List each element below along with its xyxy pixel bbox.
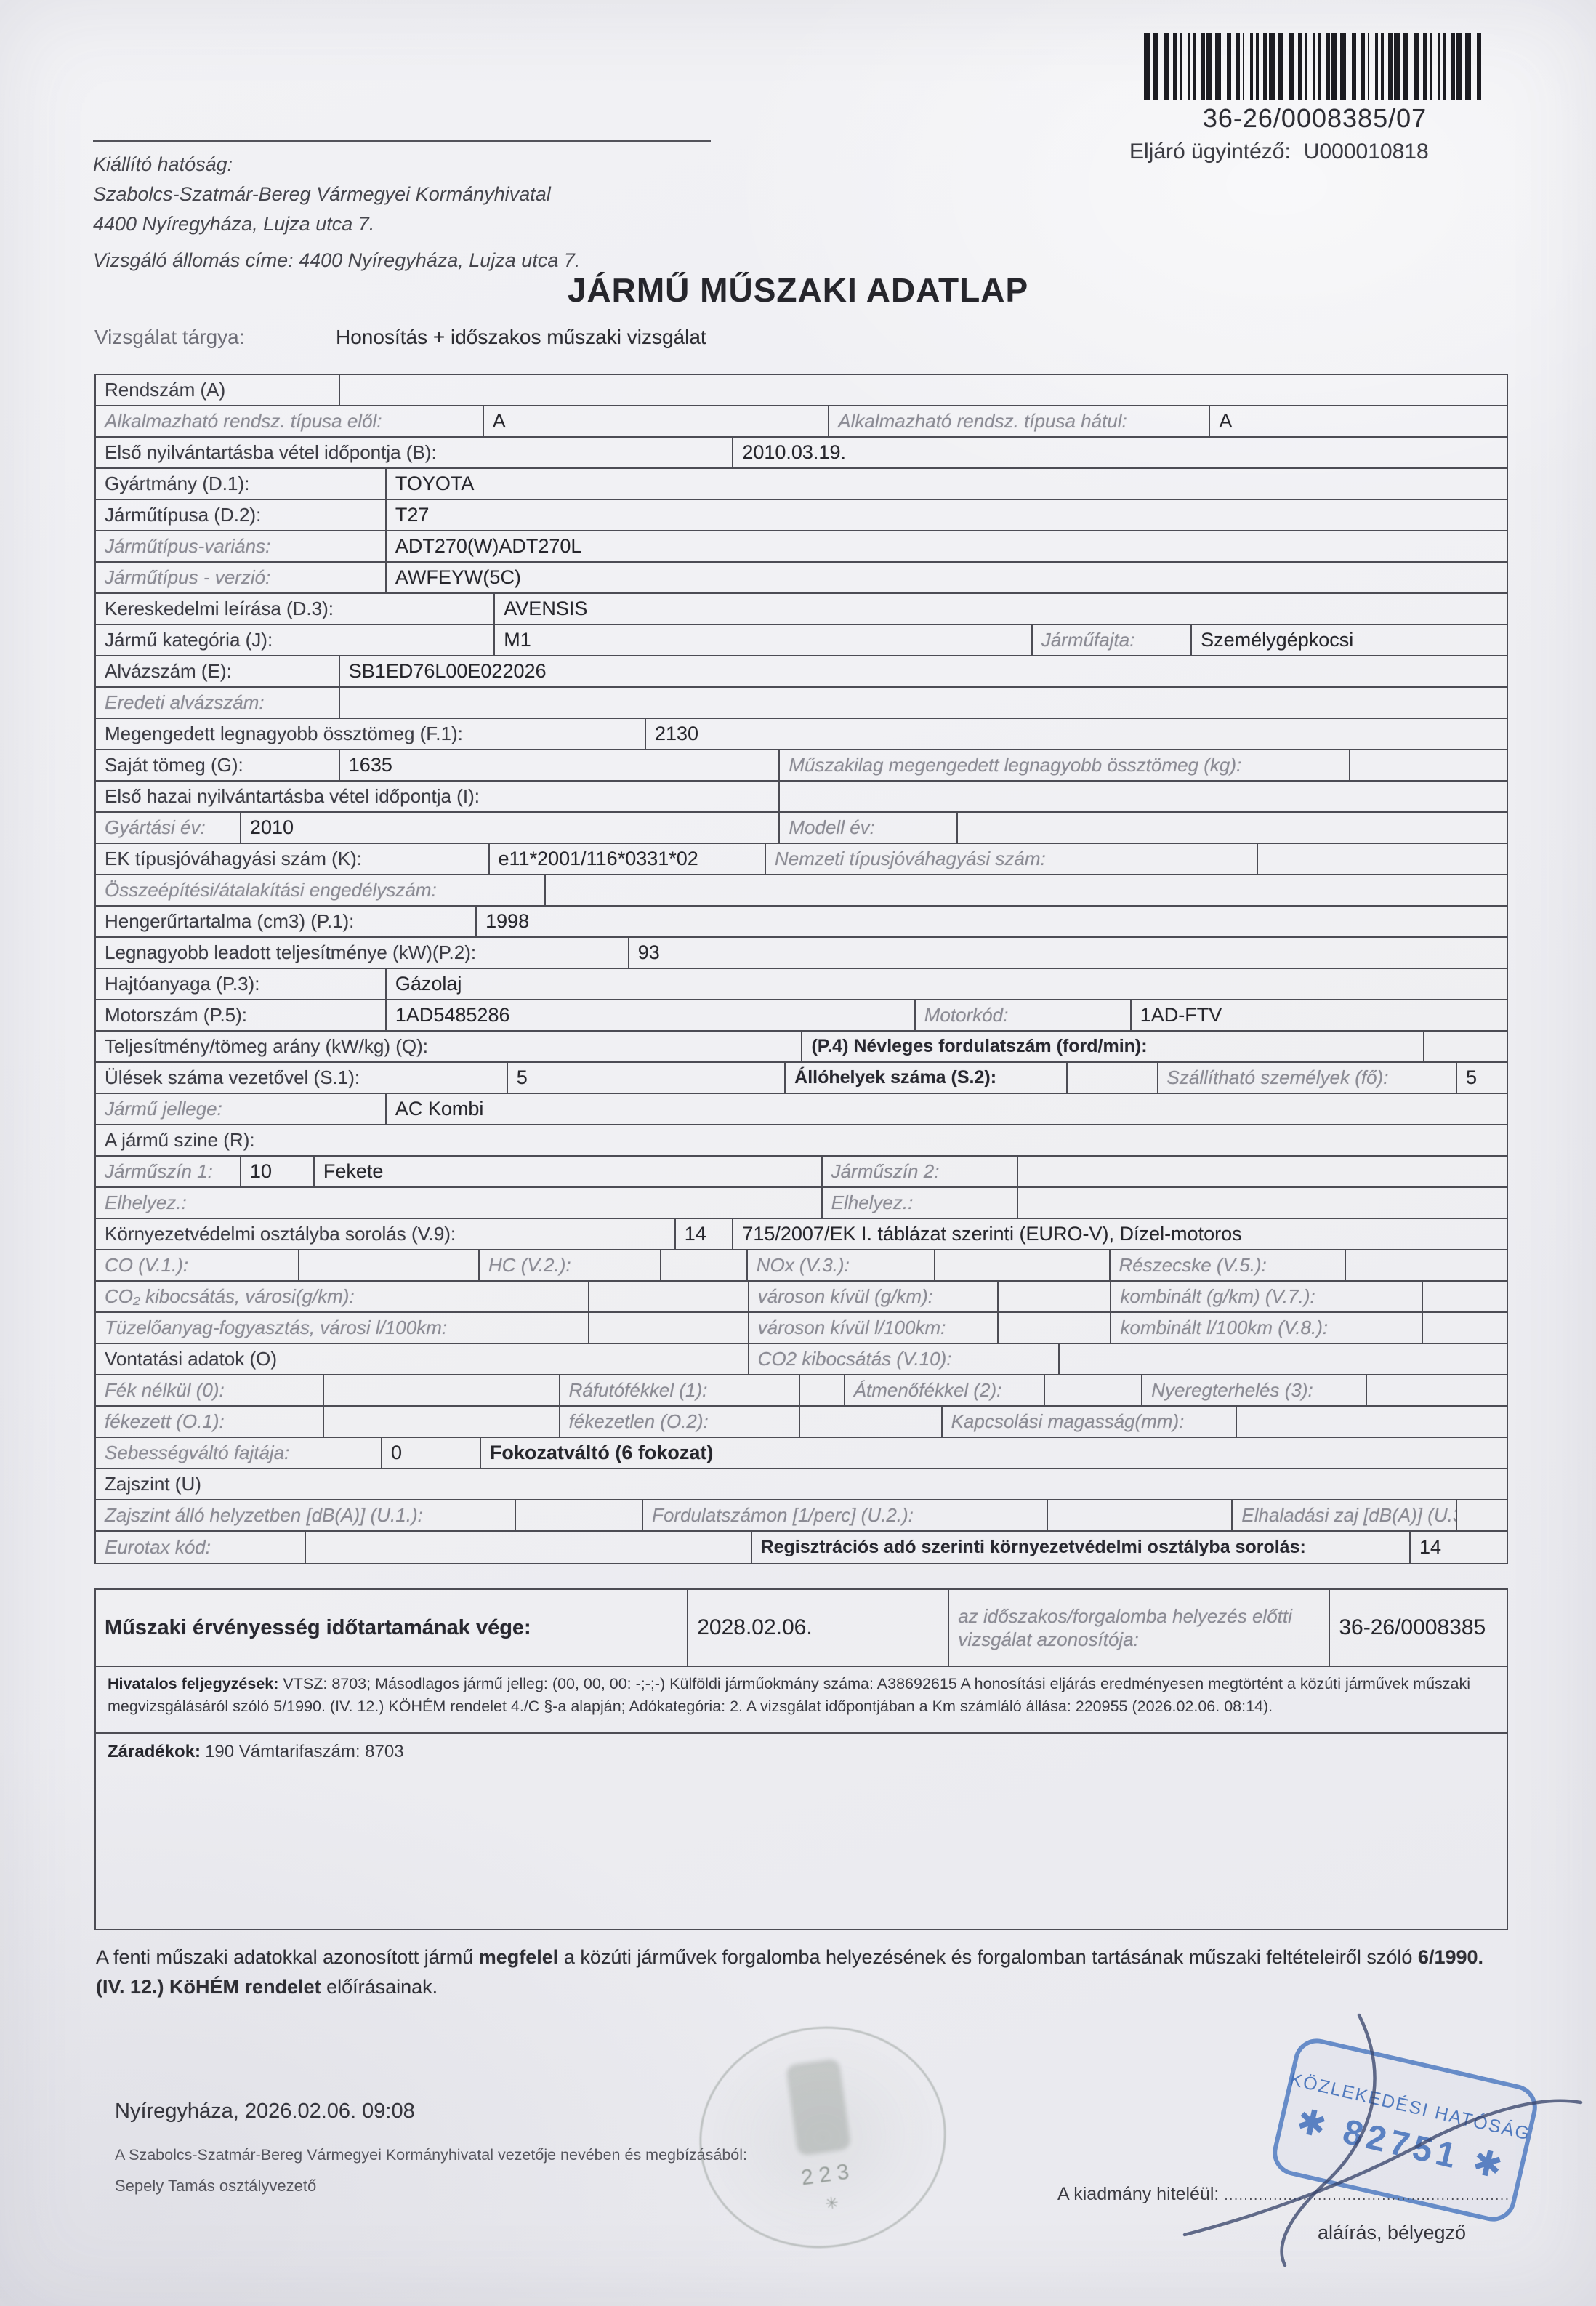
field-label: Műszakilag megengedett legnagyobb össztö… [780, 750, 1350, 780]
table-row: Sebességváltó fajtája:0Fokozatváltó (6 f… [96, 1438, 1507, 1469]
field-label: NOx (V.3.): [748, 1250, 935, 1280]
issuer-label: Kiállító hatóság: [93, 150, 711, 180]
field-label: Részecske (V.5.): [1111, 1250, 1346, 1280]
field-value: 2010 [241, 813, 780, 843]
field-label: Alvázszám (E): [96, 656, 340, 686]
table-row: Zajszint (U) [96, 1469, 1507, 1500]
field-value: 2130 [646, 719, 1507, 749]
field-label: Szállítható személyek (fő): [1158, 1063, 1457, 1093]
field-label: Nyeregterhelés (3): [1142, 1375, 1367, 1405]
field-label: HC (V.2.): [480, 1250, 661, 1280]
field-label: Járműtípusa (D.2): [96, 500, 387, 530]
field-label: Járműtípus-variáns: [96, 531, 387, 561]
field-label: Összeépítési/átalakítási engedélyszám: [96, 875, 546, 905]
field-value: 10 [241, 1157, 315, 1186]
statement-segment: A fenti műszaki adatokkal azonosított já… [96, 1946, 479, 1968]
barcode-gap [1369, 33, 1375, 100]
field-value [958, 813, 1507, 843]
barcode-gap [1283, 33, 1289, 100]
field-label: fékezetlen (O.2): [560, 1407, 800, 1437]
barcode-bar [1153, 33, 1158, 100]
field-label: Gyártmány (D.1): [96, 469, 387, 499]
field-value: TOYOTA [387, 469, 1507, 499]
field-label: Kapcsolási magasság(mm): [943, 1407, 1238, 1437]
field-label: kombinált (g/km) (V.7.): [1111, 1282, 1423, 1311]
field-label: Vontatási adatok (O) [96, 1344, 749, 1374]
field-label: CO2 kibocsátás (V.10): [749, 1344, 1060, 1374]
field-label: kombinált l/100km (V.8.): [1111, 1313, 1423, 1343]
table-row: Gyártmány (D.1):TOYOTA [96, 469, 1507, 500]
table-row: Környezetvédelmi osztályba sorolás (V.9)… [96, 1219, 1507, 1250]
barcode-block: 36-26/0008385/07 Eljáró ügyintéző:U00001… [1125, 33, 1504, 164]
field-label: A jármű szine (R): [96, 1125, 1507, 1155]
field-label: Elhaladási zaj [dB(A)] (U.3.): [1233, 1500, 1457, 1530]
field-value [999, 1313, 1111, 1343]
field-value: 2010.03.19. [733, 438, 1507, 467]
field-value [1423, 1313, 1507, 1343]
field-value [340, 688, 1507, 718]
barcode-bar [1144, 33, 1150, 100]
table-row: CO (V.1.):HC (V.2.):NOx (V.3.):Részecske… [96, 1250, 1507, 1282]
field-label: fékezett (O.1): [96, 1407, 324, 1437]
barcode-gap [1408, 33, 1414, 100]
field-value: 0 [382, 1438, 481, 1468]
field-value: M1 [495, 625, 1033, 655]
field-value [306, 1532, 751, 1563]
field-value: Személygépkocsi [1192, 625, 1507, 655]
table-row: Első nyilvántartásba vétel időpontja (B)… [96, 438, 1507, 469]
table-row: Megengedett legnagyobb össztömeg (F.1):2… [96, 719, 1507, 750]
field-value: ADT270(W)ADT270L [387, 531, 1507, 561]
table-row: Eredeti alvázszám: [96, 688, 1507, 719]
field-label: Ülések száma vezetővel (S.1): [96, 1063, 508, 1093]
field-label: Alkalmazható rendsz. típusa elől: [96, 406, 484, 436]
field-label: Hajtóanyaga (P.3): [96, 969, 387, 999]
field-label: az időszakos/forgalomba helyezés előtti … [949, 1590, 1330, 1666]
table-row: Legnagyobb leadott teljesítménye (kW)(P.… [96, 938, 1507, 969]
field-label: Környezetvédelmi osztályba sorolás (V.9)… [96, 1219, 676, 1249]
barcode-bar [1215, 33, 1221, 100]
field-value: 14 [676, 1219, 734, 1249]
field-label: Műszaki érvényesség időtartamának vége: [96, 1590, 688, 1666]
field-value: 93 [629, 938, 1507, 968]
field-value [1018, 1157, 1507, 1186]
field-label: Gyártási év: [96, 813, 241, 843]
table-row: Ülések száma vezetővel (S.1):5Állóhelyek… [96, 1063, 1507, 1094]
place-date: Nyíregyháza, 2026.02.06. 09:08 [115, 2100, 415, 2124]
field-value [1350, 750, 1507, 780]
table-row: fékezett (O.1):fékezetlen (O.2):Kapcsolá… [96, 1407, 1507, 1438]
table-row: EK típusjóváhagyási szám (K):e11*2001/11… [96, 844, 1507, 875]
field-value: AC Kombi [387, 1094, 1507, 1124]
table-row: Járműszín 1:10FeketeJárműszín 2: [96, 1157, 1507, 1188]
field-label: Elhelyez.: [96, 1188, 823, 1218]
field-label: Alkalmazható rendsz. típusa hátul: [829, 406, 1210, 436]
field-value: A [1210, 406, 1507, 436]
table-row: Járműtípus-variáns:ADT270(W)ADT270L [96, 531, 1507, 563]
field-value: 5 [1457, 1063, 1507, 1093]
barcode-gap [1221, 33, 1227, 100]
field-label: CO (V.1.): [96, 1250, 299, 1280]
table-row: Hajtóanyaga (P.3):Gázolaj [96, 969, 1507, 1000]
field-value: T27 [387, 500, 1507, 530]
field-label: Jármű kategória (J): [96, 625, 495, 655]
field-value [661, 1250, 747, 1280]
compliance-statement: A fenti műszaki adatokkal azonosított já… [96, 1943, 1502, 2001]
barcode-number: 36-26/0008385/07 [1125, 103, 1504, 134]
table-row: Teljesítmény/tömeg arány (kW/kg) (Q):(P.… [96, 1032, 1507, 1063]
table-row: Jármű jellege:AC Kombi [96, 1094, 1507, 1125]
table-row: Első hazai nyilvántartásba vétel időpont… [96, 782, 1507, 813]
clauses-text: 190 Vámtarifaszám: 8703 [205, 1742, 403, 1761]
field-label: Hengerűrtartalma (cm3) (P.1): [96, 907, 477, 936]
statement-segment: a közúti járművek forgalomba helyezéséne… [558, 1946, 1418, 1968]
seal-star-icon: ✳ [824, 2193, 840, 2214]
signature-scribble [1141, 1993, 1592, 2284]
field-label: Eurotax kód: [96, 1532, 306, 1563]
table-row: Járműtípus - verzió:AWFEYW(5C) [96, 563, 1507, 594]
field-value: 1AD5485286 [387, 1000, 916, 1030]
field-value [1237, 1407, 1507, 1437]
field-value [1346, 1250, 1507, 1280]
field-label: városon kívül l/100km: [749, 1313, 999, 1343]
table-row: Fék nélkül (0):Ráfutófékkel (1):Átmenőfé… [96, 1375, 1507, 1407]
clauses-box: Záradékok:190 Vámtarifaszám: 8703 [94, 1732, 1508, 1930]
field-value [1367, 1375, 1507, 1405]
field-value [1060, 1344, 1507, 1374]
field-label: Zajszint (U) [96, 1469, 1507, 1499]
field-label: Elhelyez.: [823, 1188, 1019, 1218]
table-row: Tüzelőanyag-fogyasztás, városi l/100km:v… [96, 1313, 1507, 1344]
statement-bold-segment: megfelel [479, 1946, 559, 1968]
field-value [935, 1250, 1111, 1280]
table-row: CO₂ kibocsátás, városi(g/km):városon kív… [96, 1282, 1507, 1313]
field-value [800, 1375, 845, 1405]
table-row: Kereskedelmi leírása (D.3):AVENSIS [96, 594, 1507, 625]
field-value [1068, 1063, 1158, 1093]
clauses-label: Záradékok: [108, 1742, 201, 1761]
issuer-block: Kiállító hatóság: Szabolcs-Szatmár-Bereg… [93, 140, 711, 276]
field-value [589, 1282, 749, 1311]
field-value: Fokozatváltó (6 fokozat) [481, 1438, 1507, 1468]
coat-of-arms-icon [786, 2058, 852, 2156]
official-notes-text: VTSZ: 8703; Másodlagos jármű jelleg: (00… [108, 1675, 1470, 1715]
field-value [299, 1250, 480, 1280]
table-row: Alvázszám (E):SB1ED76L00E022026 [96, 656, 1507, 688]
field-label: Fordulatszámon [1/perc] (U.2.): [643, 1500, 1048, 1530]
field-label: városon kívül (g/km): [749, 1282, 999, 1311]
statement-segment: előírásainak. [321, 1976, 438, 1998]
barcode-bar [1394, 33, 1400, 100]
table-row: Eurotax kód:Regisztrációs adó szerinti k… [96, 1532, 1507, 1563]
field-label: Motorszám (P.5): [96, 1000, 387, 1030]
field-label: Saját tömeg (G): [96, 750, 340, 780]
field-label: Tüzelőanyag-fogyasztás, városi l/100km: [96, 1313, 589, 1343]
subject-label: Vizsgálat tárgya: [94, 326, 336, 349]
field-value: 1AD-FTV [1132, 1000, 1507, 1030]
barcode-gap [1346, 33, 1352, 100]
field-label: Sebességváltó fajtája: [96, 1438, 382, 1468]
field-value: 1998 [477, 907, 1507, 936]
field-value [1045, 1375, 1142, 1405]
vehicle-data-table: Rendszám (A)Alkalmazható rendsz. típusa … [94, 374, 1508, 1564]
barcode-gap [1471, 33, 1477, 100]
table-row: Járműtípusa (D.2):T27 [96, 500, 1507, 531]
table-row: Hengerűrtartalma (cm3) (P.1):1998 [96, 907, 1507, 938]
field-value [1018, 1188, 1507, 1218]
official-notes-label: Hivatalos feljegyzések: [108, 1675, 278, 1692]
seal-number: 223 [799, 2159, 856, 2191]
field-label: Járműtípus - verzió: [96, 563, 387, 592]
table-row: Gyártási év:2010Modell év: [96, 813, 1507, 844]
field-label: Járműfajta: [1033, 625, 1192, 655]
field-value [340, 375, 1507, 405]
barcode-bar [1206, 33, 1212, 100]
field-label: Állóhelyek száma (S.2): [786, 1063, 1068, 1093]
table-row: A jármű szine (R): [96, 1125, 1507, 1157]
table-row: Jármű kategória (J):M1Járműfajta:Személy… [96, 625, 1507, 656]
table-row: Zajszint álló helyzetben [dB(A)] (U.1.):… [96, 1500, 1507, 1532]
field-value: 36-26/0008385 [1330, 1590, 1507, 1666]
official-notes-box: Hivatalos feljegyzések:VTSZ: 8703; Másod… [94, 1666, 1508, 1734]
field-label: Nemzeti típusjóváhagyási szám: [766, 844, 1258, 874]
field-label: Fék nélkül (0): [96, 1375, 324, 1405]
field-value: e11*2001/116*0331*02 [490, 844, 766, 874]
authority-delegation-line: A Szabolcs-Szatmár-Bereg Vármegyei Kormá… [115, 2146, 747, 2164]
field-label: Eredeti alvázszám: [96, 688, 340, 718]
field-value: SB1ED76L00E022026 [340, 656, 1507, 686]
table-row: Vontatási adatok (O)CO2 kibocsátás (V.10… [96, 1344, 1507, 1375]
field-value: 5 [508, 1063, 786, 1093]
field-value: Fekete [315, 1157, 823, 1186]
field-value [800, 1407, 943, 1437]
field-value [780, 782, 1507, 811]
table-row: Motorszám (P.5):1AD5485286Motorkód:1AD-F… [96, 1000, 1507, 1032]
barcode-bar [1403, 33, 1408, 100]
table-row: Műszaki érvényesség időtartamának vége:2… [96, 1590, 1507, 1666]
signer-name-line: Sepely Tamás osztályvezető [115, 2177, 316, 2195]
field-value [516, 1500, 643, 1530]
field-value [1424, 1032, 1507, 1061]
table-row: Rendszám (A) [96, 375, 1507, 406]
field-value [1258, 844, 1507, 874]
table-row: Alkalmazható rendsz. típusa elől:AAlkalm… [96, 406, 1507, 438]
field-label: Regisztrációs adó szerinti környezetvéde… [752, 1532, 1411, 1563]
field-value [324, 1407, 560, 1437]
field-value: AWFEYW(5C) [387, 563, 1507, 592]
field-label: Járműszín 1: [96, 1157, 241, 1186]
field-value: 1635 [340, 750, 781, 780]
field-label: Zajszint álló helyzetben [dB(A)] (U.1.): [96, 1500, 516, 1530]
barcode-bar [1331, 33, 1337, 100]
field-label: Legnagyobb leadott teljesítménye (kW)(P.… [96, 938, 629, 968]
barcode-gap [1307, 33, 1313, 100]
field-value: 715/2007/EK I. táblázat szerinti (EURO-V… [733, 1219, 1507, 1249]
subject-line: Vizsgálat tárgya:Honosítás + időszakos m… [94, 326, 706, 349]
field-value: Gázolaj [387, 969, 1507, 999]
field-value [589, 1313, 749, 1343]
field-label: Első nyilvántartásba vétel időpontja (B)… [96, 438, 733, 467]
field-value [546, 875, 1507, 905]
field-label: Motorkód: [916, 1000, 1132, 1030]
table-row: Összeépítési/átalakítási engedélyszám: [96, 875, 1507, 907]
field-value [324, 1375, 560, 1405]
field-value [999, 1282, 1111, 1311]
case-officer-value: U000010818 [1304, 140, 1429, 164]
field-label: Megengedett legnagyobb össztömeg (F.1): [96, 719, 646, 749]
barcode-bar [1278, 33, 1283, 100]
field-label: Ráfutófékkel (1): [560, 1375, 800, 1405]
barcode-bar [1456, 33, 1462, 100]
field-value [1048, 1500, 1233, 1530]
field-value [1457, 1500, 1507, 1530]
field-label: Kereskedelmi leírása (D.3): [96, 594, 495, 624]
field-label: Első hazai nyilvántartásba vétel időpont… [96, 782, 780, 811]
table-row: Elhelyez.:Elhelyez.: [96, 1188, 1507, 1219]
field-label: Rendszám (A) [96, 375, 340, 405]
field-label: Átmenőfékkel (2): [845, 1375, 1046, 1405]
barcode-bar [1340, 33, 1346, 100]
barcode-gap [1481, 33, 1486, 100]
barcode-bar [1465, 33, 1471, 100]
issuer-address: 4400 Nyíregyháza, Lujza utca 7. [93, 209, 711, 239]
barcode-icon [1125, 33, 1504, 100]
official-round-seal: 223 ✳ [685, 2011, 961, 2264]
issuer-name: Szabolcs-Szatmár-Bereg Vármegyei Kormány… [93, 180, 711, 209]
field-label: CO₂ kibocsátás, városi(g/km): [96, 1282, 589, 1311]
scanned-document-page: 36-26/0008385/07 Eljáró ügyintéző:U00001… [0, 0, 1596, 2306]
table-row: Saját tömeg (G):1635Műszakilag megengede… [96, 750, 1507, 782]
validity-table: Műszaki érvényesség időtartamának vége:2… [94, 1588, 1508, 1667]
barcode-gap [1182, 33, 1188, 100]
field-label: (P.4) Névleges fordulatszám (ford/min): [802, 1032, 1424, 1061]
case-officer-label: Eljáró ügyintéző: [1129, 140, 1291, 164]
field-value: 14 [1411, 1532, 1507, 1563]
field-value: AVENSIS [495, 594, 1507, 624]
page-title: JÁRMŰ MŰSZAKI ADATLAP [0, 270, 1596, 310]
barcode-bar [1269, 33, 1275, 100]
field-label: Modell év: [780, 813, 958, 843]
barcode-gap [1432, 33, 1438, 100]
field-label: Járműszín 2: [823, 1157, 1019, 1186]
barcode-gap [1244, 33, 1250, 100]
field-value [1423, 1282, 1507, 1311]
field-label: Jármű jellege: [96, 1094, 387, 1124]
case-officer-line: Eljáró ügyintéző:U000010818 [1125, 140, 1504, 164]
field-value: 2028.02.06. [688, 1590, 949, 1666]
field-label: Teljesítmény/tömeg arány (kW/kg) (Q): [96, 1032, 802, 1061]
subject-value: Honosítás + időszakos műszaki vizsgálat [336, 326, 706, 348]
barcode-gap [1158, 33, 1164, 100]
field-value: A [484, 406, 830, 436]
field-label: EK típusjóváhagyási szám (K): [96, 844, 490, 874]
